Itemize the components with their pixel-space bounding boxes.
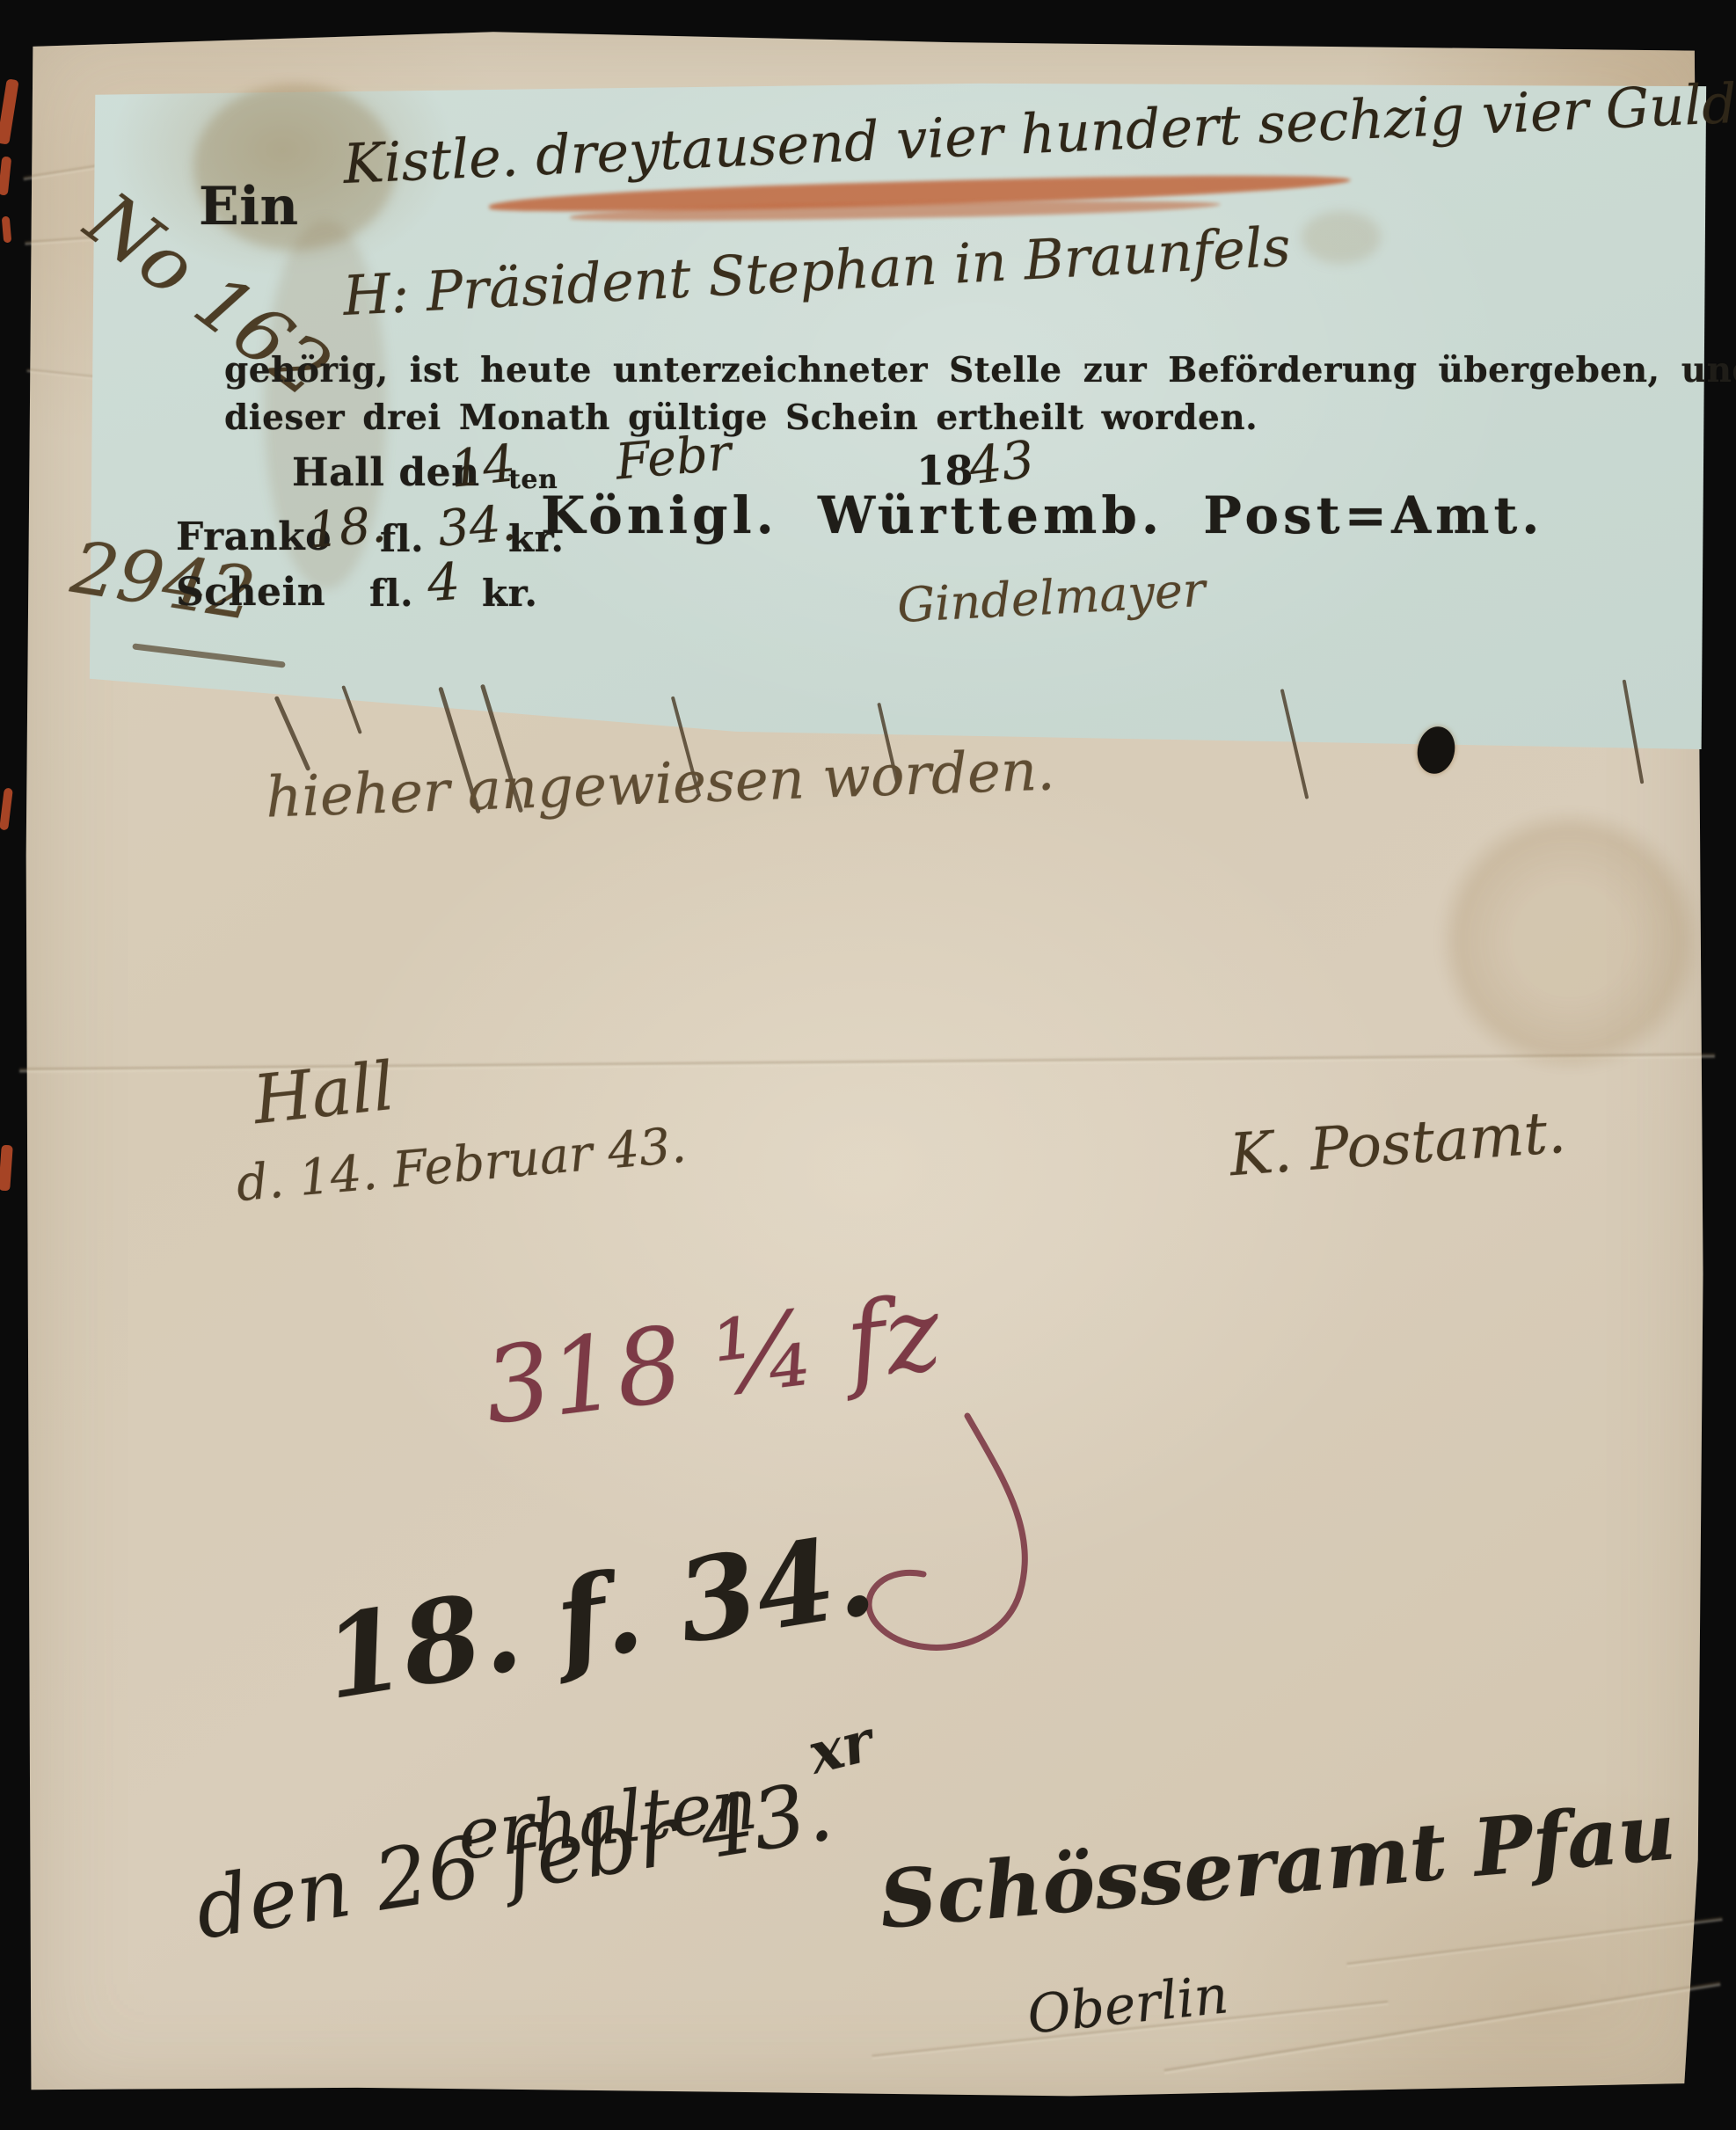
printed-schein: Schein (176, 570, 325, 615)
scanned-document-photo: No 162 2942 Ein Kistle. dreytausend vier… (0, 0, 1736, 2130)
handwritten-month: Febr (613, 424, 733, 491)
frame-red-mark (0, 788, 13, 831)
printed-ein: Ein (199, 176, 299, 237)
printed-body-line2: dieser drei Monath gültige Schein erthei… (224, 398, 1258, 438)
frame-red-mark (0, 1145, 13, 1192)
manuscript-place: Hall (250, 1047, 398, 1139)
handwritten-franko-kr: 34. (435, 494, 518, 558)
stamp-ghost (1433, 809, 1706, 1073)
handwritten-schein-kr: 4 (426, 551, 463, 613)
printed-schein-fl: fl. (369, 572, 413, 615)
handwritten-franko-fl: 18. (305, 496, 388, 560)
frame-red-mark (2, 216, 12, 244)
frame-red-mark (0, 78, 19, 144)
office-title: Königl. Württemb. Post=Amt. (541, 485, 1543, 545)
label-stain (1302, 211, 1381, 264)
frame-red-mark (0, 157, 11, 196)
printed-fl: fl. (380, 517, 424, 560)
printed-schein-kr: kr. (482, 572, 538, 615)
printed-body-line1: gehörig, ist heute unterzeichneter Stell… (224, 350, 1736, 390)
